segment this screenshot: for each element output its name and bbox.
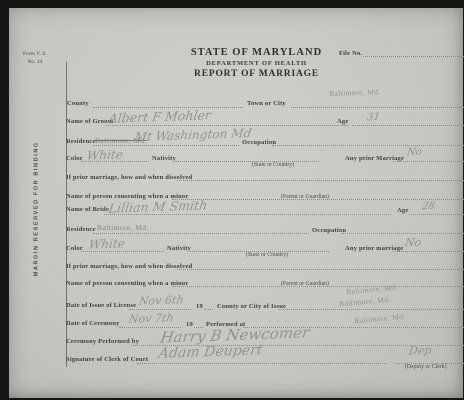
bride-age-label: Age bbox=[397, 208, 408, 215]
license-issue-value: Nov 6th bbox=[138, 293, 185, 308]
town-line bbox=[291, 107, 464, 108]
binding-margin-note: MARGIN RESERVED FOR BINDING bbox=[34, 119, 40, 299]
bride-residence-line bbox=[93, 233, 309, 234]
form-number-line2: No. 14 bbox=[23, 58, 47, 66]
bride-prior-value: No bbox=[404, 236, 422, 250]
bride-nativity-label: Nativity bbox=[167, 246, 191, 253]
groom-occupation-line bbox=[272, 145, 464, 146]
bride-residence-stamp: Baltimore, Md. bbox=[97, 223, 149, 232]
bride-color-line bbox=[81, 251, 164, 252]
license-year-line bbox=[204, 309, 213, 310]
performer-label: Ceremony Performed by bbox=[66, 339, 139, 346]
bride-nativity-note: (State or Country) bbox=[246, 253, 288, 259]
bride-age-line bbox=[409, 214, 464, 215]
form-number-line1: Form V. S. bbox=[23, 50, 47, 58]
form-number: Form V. S. No. 14 bbox=[23, 50, 47, 67]
ceremony-date-value: Nov 7th bbox=[128, 311, 175, 326]
bride-prior-line bbox=[393, 251, 464, 252]
ceremony-date-label: Date of Ceremony bbox=[66, 321, 120, 328]
clerk-value: Adam Deupert bbox=[158, 342, 264, 362]
bride-residence-label: Residence bbox=[66, 227, 96, 234]
groom-nativity-line bbox=[175, 161, 319, 162]
license-year-prefix: 19 bbox=[196, 304, 203, 311]
performed-at-stamp: Baltimore, Md. bbox=[354, 312, 406, 325]
groom-nativity-note: (State or Country) bbox=[252, 163, 294, 169]
file-no-line bbox=[363, 56, 464, 57]
groom-residence-label: Residence bbox=[66, 139, 96, 146]
town-label: Town or City bbox=[247, 101, 286, 108]
bride-name-value: Lillian M Smith bbox=[108, 197, 209, 215]
place-stamp-top: Baltimore, Md. bbox=[329, 87, 381, 98]
license-issue-place-label: County or City of Issue bbox=[217, 304, 286, 311]
license-issue-line bbox=[129, 309, 191, 310]
form-department: DEPARTMENT OF HEALTH bbox=[164, 61, 349, 68]
form-title: STATE OF MARYLAND bbox=[164, 48, 349, 59]
groom-residence-value: Mt Washington Md bbox=[134, 126, 253, 144]
license-issue-place-stamp: Baltimore, Md. bbox=[339, 295, 391, 308]
groom-name-value: Albert F Mohler bbox=[108, 107, 212, 126]
groom-residence-line bbox=[93, 145, 239, 146]
groom-age-label: Age bbox=[337, 119, 348, 126]
bride-dissolved-label: If prior marriage, how and when dissolve… bbox=[66, 264, 192, 271]
clerk-label: Signature of Clerk of Court bbox=[66, 357, 148, 364]
groom-prior-line bbox=[393, 161, 464, 162]
groom-consent-note: (Parent or Guardian) bbox=[281, 195, 329, 201]
license-issue-label: Date of Issue of License bbox=[66, 303, 136, 310]
county-label: County bbox=[67, 101, 89, 108]
deputy-note: (Deputy or Clerk) bbox=[405, 365, 447, 371]
groom-prior-value: No bbox=[406, 147, 422, 159]
bride-dissolved-line bbox=[177, 269, 464, 270]
groom-dissolved-label: If prior marriage, how and when dissolve… bbox=[66, 175, 192, 182]
groom-color-line bbox=[81, 161, 149, 162]
bride-age-value: 28 bbox=[421, 201, 435, 212]
groom-age-value: 31 bbox=[366, 112, 380, 123]
bride-name-label: Name of Bride bbox=[66, 207, 109, 214]
form-report-title: REPORT OF MARRIAGE bbox=[164, 70, 349, 80]
bride-occupation-line bbox=[342, 233, 464, 234]
scanned-document: Form V. S. No. 14 MARGIN RESERVED FOR BI… bbox=[0, 0, 464, 400]
groom-nativity-label: Nativity bbox=[152, 156, 176, 163]
clerk-line bbox=[137, 363, 387, 364]
groom-age-line bbox=[352, 125, 464, 126]
bride-name-line bbox=[104, 214, 391, 215]
deputy-value: Dep bbox=[408, 344, 432, 358]
groom-dissolved-line bbox=[177, 180, 464, 181]
marriage-report-form: Form V. S. No. 14 MARGIN RESERVED FOR BI… bbox=[9, 8, 463, 398]
file-no-label: File No. bbox=[339, 51, 362, 58]
license-issue-place-line bbox=[279, 309, 464, 310]
bride-consent-note: (Parent or Guardian) bbox=[281, 282, 329, 288]
bride-color-value: White bbox=[88, 236, 126, 251]
bride-consent-label: Name of person consenting when a minor bbox=[66, 281, 188, 288]
